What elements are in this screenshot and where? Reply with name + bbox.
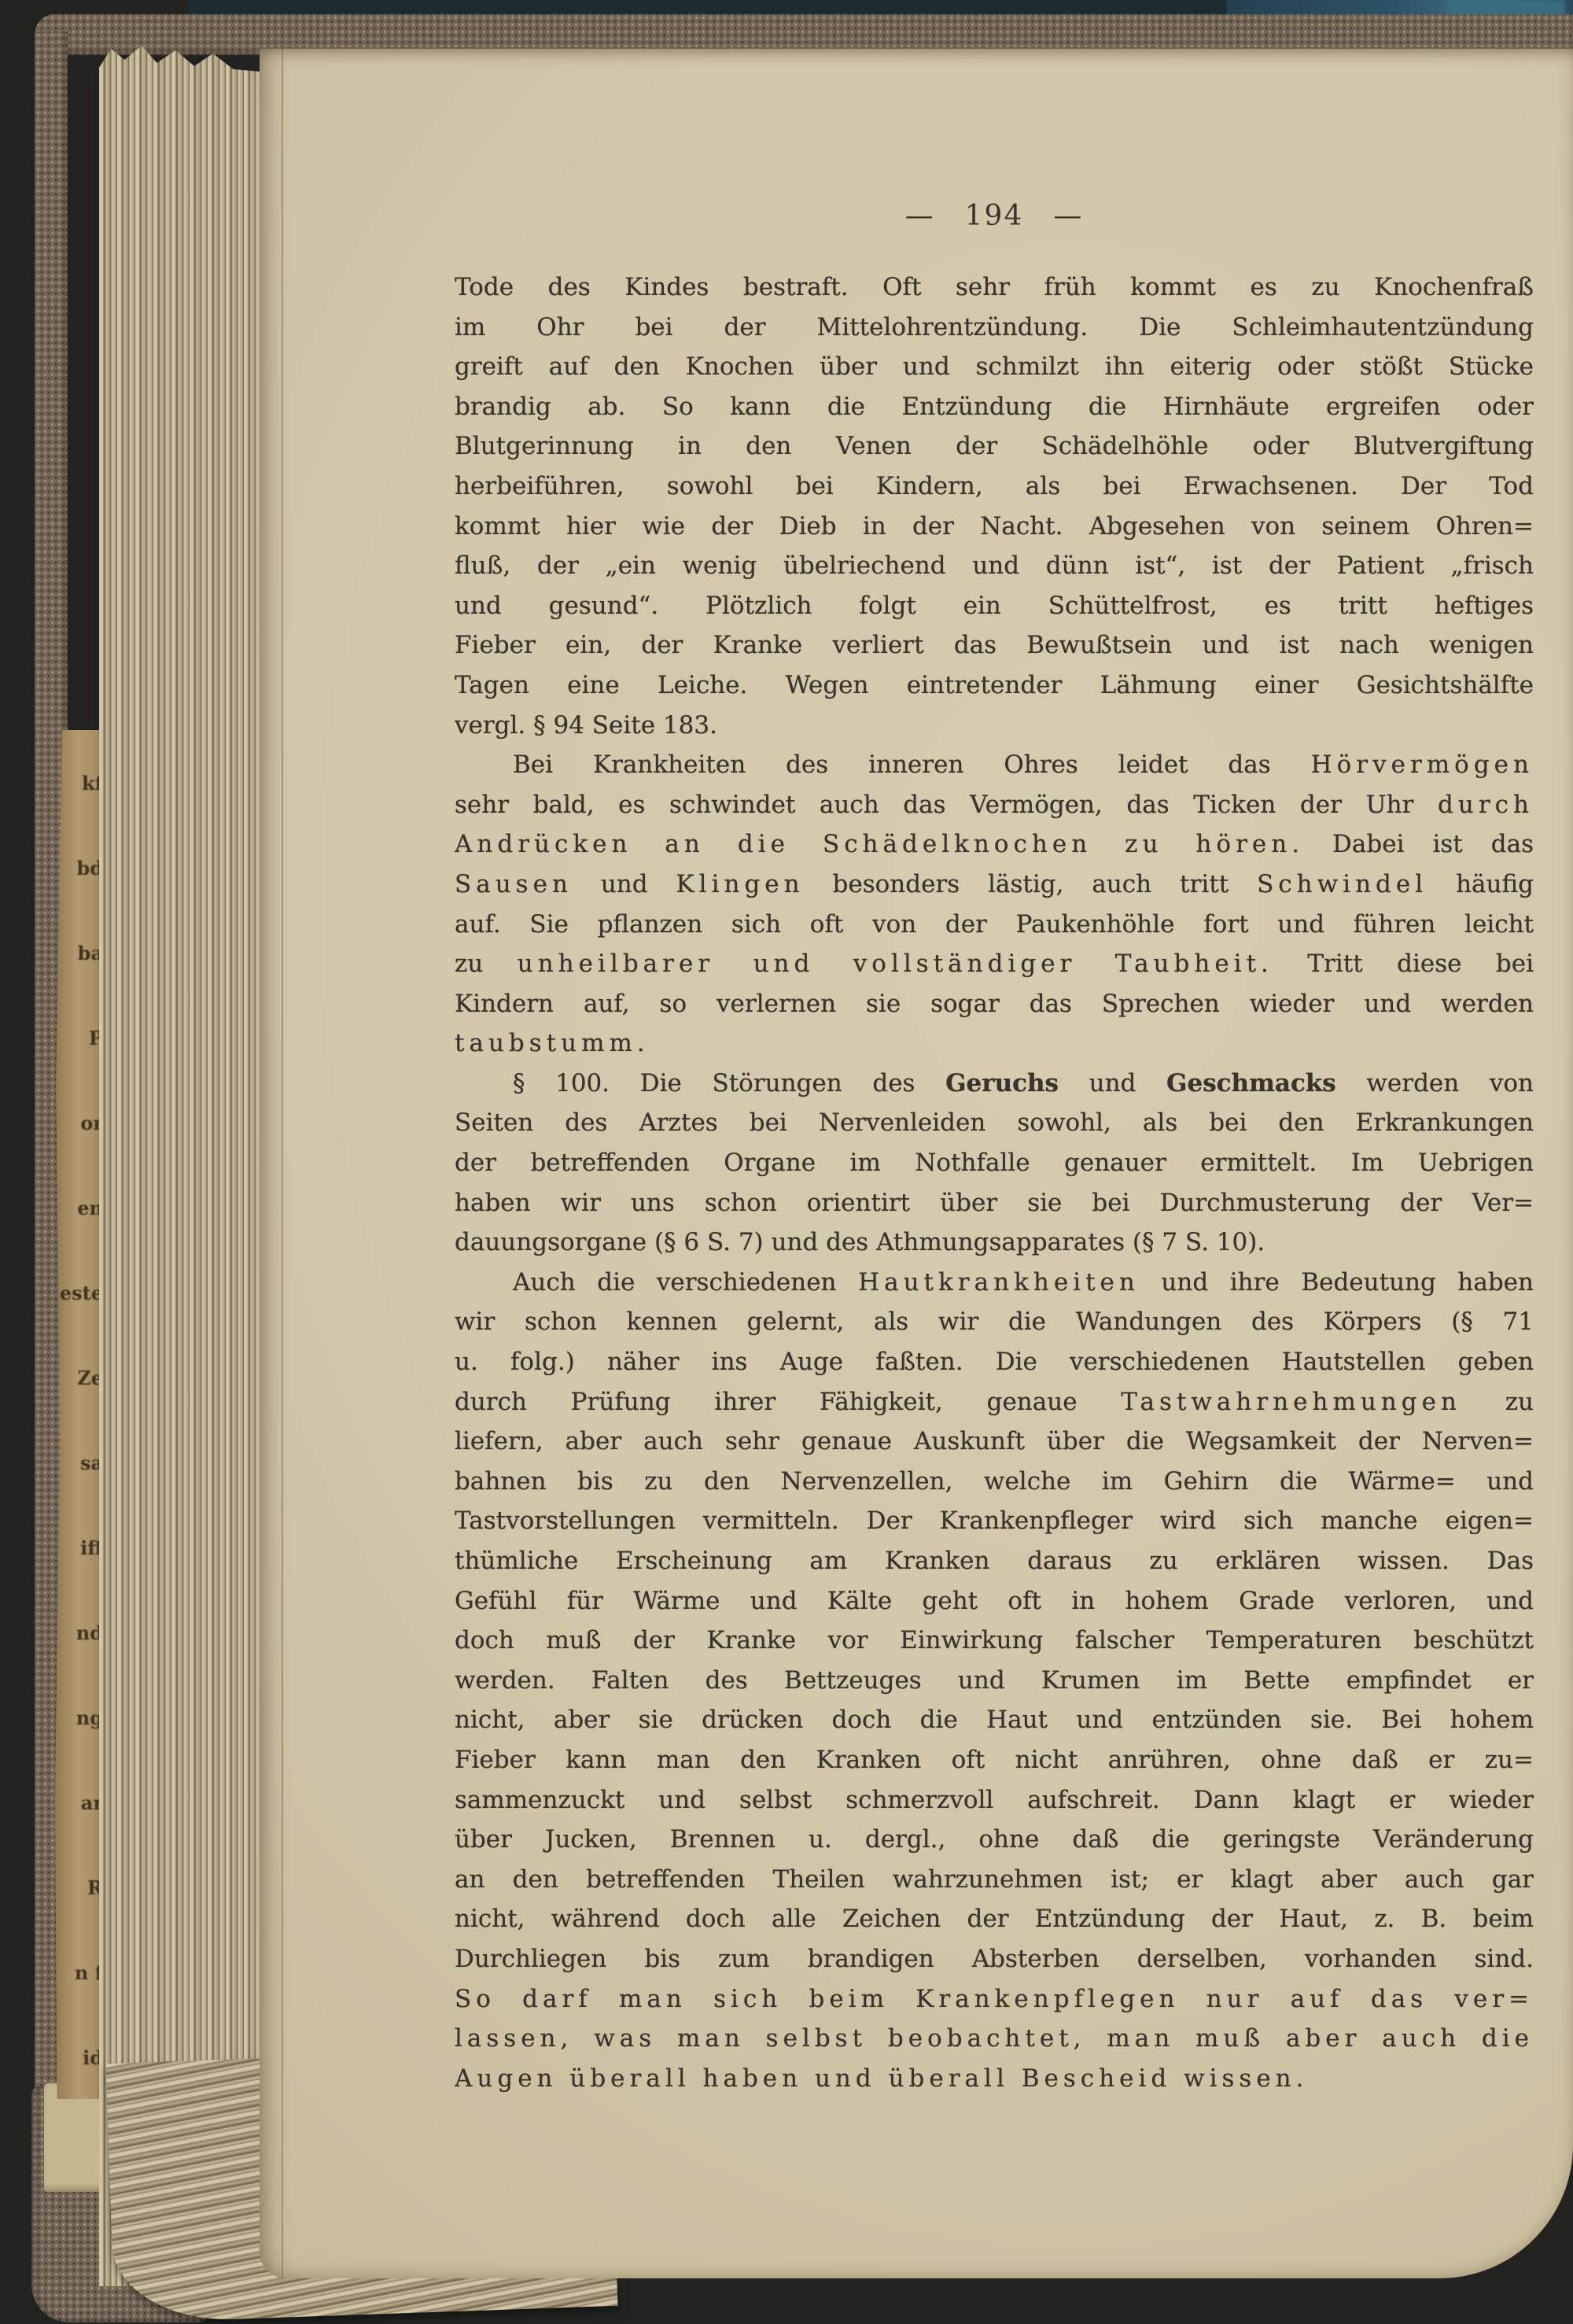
text-line: der betreffenden Organe im Nothfalle gen… [455, 1143, 1534, 1183]
page-number: 194 [965, 200, 1024, 232]
text-segment: der betreffenden Organe im Nothfalle gen… [455, 1149, 1534, 1177]
tucked-page-strip: kfbdbaPorenesteZesaiffndngarRn fid [55, 730, 105, 2099]
text-segment: Tritt diese bei [1273, 950, 1534, 978]
text-segment: unheilbarer und vollständiger Taubheit. [518, 950, 1273, 978]
text-line: Tode des Kindes bestraft. Oft sehr früh … [455, 267, 1534, 308]
page-number-header: —194— [456, 200, 1532, 232]
text-line: Kindern auf, so verlernen sie sogar das … [455, 984, 1534, 1024]
text-segment: Hautkrankheiten [858, 1268, 1140, 1297]
text-segment: über Jucken, Brennen u. dergl., ohne daß… [455, 1825, 1534, 1854]
text-line: fluß, der „ein wenig übelriechend und dü… [455, 546, 1534, 586]
gutter-crease [282, 49, 283, 2278]
text-line: an den betreffenden Theilen wahrzunehmen… [455, 1860, 1534, 1900]
text-line: § 100. Die Störungen des Geruchs und Ges… [455, 1064, 1534, 1104]
spine-print-fragment: este [60, 1284, 103, 1303]
text-segment: lassen, was man selbst beobachtet, man m… [455, 2024, 1534, 2053]
text-segment: bahnen bis zu den Nervenzellen, welche i… [455, 1467, 1534, 1496]
text-segment: Tastwahrnehmungen [1121, 1388, 1461, 1416]
spine-print-fragment: ng [76, 1709, 103, 1728]
text-segment: Geschmacks [1166, 1069, 1336, 1097]
text-line: Bei Krankheiten des inneren Ohres leidet… [455, 745, 1534, 785]
spine-print-fragment: n f [75, 1964, 103, 1983]
text-line: werden. Falten des Bettzeuges und Krumen… [455, 1661, 1534, 1701]
text-segment: Schwindel [1257, 870, 1427, 898]
text-segment: brandig ab. So kann die Entzündung die H… [455, 393, 1534, 421]
text-segment: greift auf den Knochen über und schmilzt… [455, 352, 1534, 381]
text-line: nicht, aber sie drücken doch die Haut un… [455, 1700, 1534, 1740]
text-segment: durch [1438, 791, 1534, 819]
text-line: thümliche Erscheinung am Kranken daraus … [455, 1541, 1534, 1581]
text-line: Tastvorstellungen vermitteln. Der Kranke… [455, 1501, 1534, 1541]
text-segment: u. folg.) näher ins Auge faßten. Die ver… [455, 1348, 1534, 1376]
text-line: dauungsorgane (§ 6 S. 7) und des Athmung… [455, 1223, 1534, 1263]
page-edge-stack [99, 44, 269, 2286]
text-line: Fieber kann man den Kranken oft nicht an… [455, 1740, 1534, 1780]
text-segment: Tode des Kindes bestraft. Oft sehr früh … [455, 273, 1534, 301]
text-segment: wir schon kennen gelernt, als wir die Wa… [455, 1308, 1534, 1336]
text-segment: zu [455, 950, 518, 978]
text-segment: durch Prüfung ihrer Fähigkeit, genaue [455, 1388, 1121, 1416]
text-line: Auch die verschiedenen Hautkrankheiten u… [455, 1263, 1534, 1303]
text-line: sammenzuckt und selbst schmerzvoll aufsc… [455, 1780, 1534, 1820]
text-segment: herbeiführen, sowohl bei Kindern, als be… [455, 472, 1534, 500]
text-line: liefern, aber auch sehr genaue Auskunft … [455, 1422, 1534, 1462]
text-line: kommt hier wie der Dieb in der Nacht. Ab… [455, 507, 1534, 547]
text-line: zu unheilbarer und vollständiger Taubhei… [455, 944, 1534, 984]
text-segment: im Ohr bei der Mittelohrentzündung. Die … [455, 313, 1534, 341]
text-segment: Augen überall haben und überall Bescheid… [455, 2064, 1308, 2093]
text-line: Andrücken an die Schädelknochen zu hören… [455, 824, 1534, 865]
text-segment: Dabei ist das [1304, 830, 1534, 858]
text-line: sehr bald, es schwindet auch das Vermöge… [455, 785, 1534, 825]
text-line: Fieber ein, der Kranke verliert das Bewu… [455, 625, 1534, 666]
text-segment: So darf man sich beim Krankenpflegen nur… [455, 1985, 1534, 2013]
scanned-book-photo: kfbdbaPorenesteZesaiffndngarRn fid —194—… [0, 0, 1573, 2324]
text-segment: doch muß der Kranke vor Einwirkung falsc… [455, 1626, 1534, 1654]
text-segment: dauungsorgane (§ 6 S. 7) und des Athmung… [455, 1228, 1265, 1256]
text-line: Seiten des Arztes bei Nervenleiden sowoh… [455, 1103, 1534, 1143]
text-line: lassen, was man selbst beobachtet, man m… [455, 2019, 1534, 2059]
text-line: So darf man sich beim Krankenpflegen nur… [455, 1979, 1534, 2020]
text-segment: und [1059, 1069, 1166, 1097]
text-line: auf. Sie pflanzen sich oft von der Pauke… [455, 905, 1534, 945]
text-segment: Hörvermögen [1311, 751, 1534, 779]
text-line: durch Prüfung ihrer Fähigkeit, genaue Ta… [455, 1382, 1534, 1422]
text-line: Blutgerinnung in den Venen der Schädelhö… [455, 426, 1534, 467]
text-segment: werden von [1336, 1069, 1534, 1097]
text-line: bahnen bis zu den Nervenzellen, welche i… [455, 1462, 1534, 1502]
text-segment: besonders lästig, auch tritt [805, 870, 1257, 898]
text-segment: sehr bald, es schwindet auch das Vermöge… [455, 791, 1438, 819]
text-segment: und gesund“. Plötzlich folgt ein Schütte… [455, 592, 1534, 620]
text-line: Gefühl für Wärme und Kälte geht oft in h… [455, 1581, 1534, 1621]
text-line: taubstumm. [455, 1024, 1534, 1064]
text-segment: Klingen [676, 870, 805, 898]
text-line: brandig ab. So kann die Entzündung die H… [455, 387, 1534, 427]
text-segment: Sausen [455, 870, 573, 898]
text-line: über Jucken, Brennen u. dergl., ohne daß… [455, 1820, 1534, 1860]
text-segment: taubstumm. [455, 1029, 650, 1057]
spine-print-fragment: bd [76, 859, 103, 878]
text-segment: und ihre Bedeutung haben [1140, 1268, 1534, 1297]
text-segment: fluß, der „ein wenig übelriechend und dü… [455, 551, 1534, 580]
book-page: —194— Tode des Kindes bestraft. Oft sehr… [260, 49, 1573, 2278]
text-line: u. folg.) näher ins Auge faßten. Die ver… [455, 1342, 1534, 1382]
text-line: im Ohr bei der Mittelohrentzündung. Die … [455, 308, 1534, 348]
text-line: haben wir uns schon orientirt über sie b… [455, 1183, 1534, 1223]
text-segment: an den betreffenden Theilen wahrzunehmen… [455, 1865, 1534, 1894]
text-line: Augen überall haben und überall Bescheid… [455, 2059, 1534, 2099]
text-segment: Blutgerinnung in den Venen der Schädelhö… [455, 432, 1534, 460]
body-text: Tode des Kindes bestraft. Oft sehr früh … [455, 267, 1534, 2098]
text-segment: auf. Sie pflanzen sich oft von der Pauke… [455, 910, 1534, 939]
spine-print-fragment: nd [76, 1624, 103, 1643]
text-segment: nicht, aber sie drücken doch die Haut un… [455, 1706, 1534, 1734]
text-line: Sausen und Klingen besonders lästig, auc… [455, 865, 1534, 905]
text-segment: Durchliegen bis zum brandigen Absterben … [455, 1945, 1534, 1973]
text-segment: Bei Krankheiten des inneren Ohres leidet… [513, 751, 1311, 779]
text-segment: Geruchs [945, 1069, 1059, 1097]
text-segment: Kindern auf, so verlernen sie sogar das … [455, 990, 1534, 1018]
text-segment: Gefühl für Wärme und Kälte geht oft in h… [455, 1587, 1534, 1615]
text-segment: und [573, 870, 676, 898]
text-segment: thümliche Erscheinung am Kranken daraus … [455, 1547, 1534, 1575]
text-segment: nicht, während doch alle Zeichen der Ent… [455, 1905, 1534, 1933]
text-line: doch muß der Kranke vor Einwirkung falsc… [455, 1621, 1534, 1661]
text-line: wir schon kennen gelernt, als wir die Wa… [455, 1302, 1534, 1342]
header-dash-left: — [905, 200, 935, 232]
text-segment: vergl. § 94 Seite 183. [455, 711, 717, 740]
text-segment: kommt hier wie der Dieb in der Nacht. Ab… [455, 512, 1534, 540]
header-dash-right: — [1053, 200, 1083, 232]
text-segment: Fieber kann man den Kranken oft nicht an… [455, 1746, 1534, 1774]
text-segment: § 100. Die Störungen des [513, 1069, 945, 1097]
text-line: und gesund“. Plötzlich folgt ein Schütte… [455, 586, 1534, 626]
text-segment: werden. Falten des Bettzeuges und Krumen… [455, 1666, 1534, 1695]
text-line: herbeiführen, sowohl bei Kindern, als be… [455, 467, 1534, 507]
text-line: Tagen eine Leiche. Wegen eintretender Lä… [455, 666, 1534, 706]
text-segment: Fieber ein, der Kranke verliert das Bewu… [455, 631, 1534, 659]
text-segment: häufig [1427, 870, 1534, 898]
text-segment: Tastvorstellungen vermitteln. Der Kranke… [455, 1507, 1534, 1535]
text-line: nicht, während doch alle Zeichen der Ent… [455, 1899, 1534, 1939]
text-segment: Seiten des Arztes bei Nervenleiden sowoh… [455, 1109, 1534, 1137]
text-line: greift auf den Knochen über und schmilzt… [455, 347, 1534, 387]
text-segment: haben wir uns schon orientirt über sie b… [455, 1189, 1534, 1217]
text-line: vergl. § 94 Seite 183. [455, 706, 1534, 746]
text-segment: Andrücken an die Schädelknochen zu hören… [455, 830, 1304, 858]
text-segment: Auch die verschiedenen [513, 1268, 858, 1297]
text-segment: Tagen eine Leiche. Wegen eintretender Lä… [455, 671, 1534, 699]
text-segment: liefern, aber auch sehr genaue Auskunft … [455, 1427, 1534, 1455]
text-line: Durchliegen bis zum brandigen Absterben … [455, 1939, 1534, 1979]
text-segment: sammenzuckt und selbst schmerzvoll aufsc… [455, 1786, 1534, 1814]
text-segment: zu [1461, 1388, 1534, 1416]
